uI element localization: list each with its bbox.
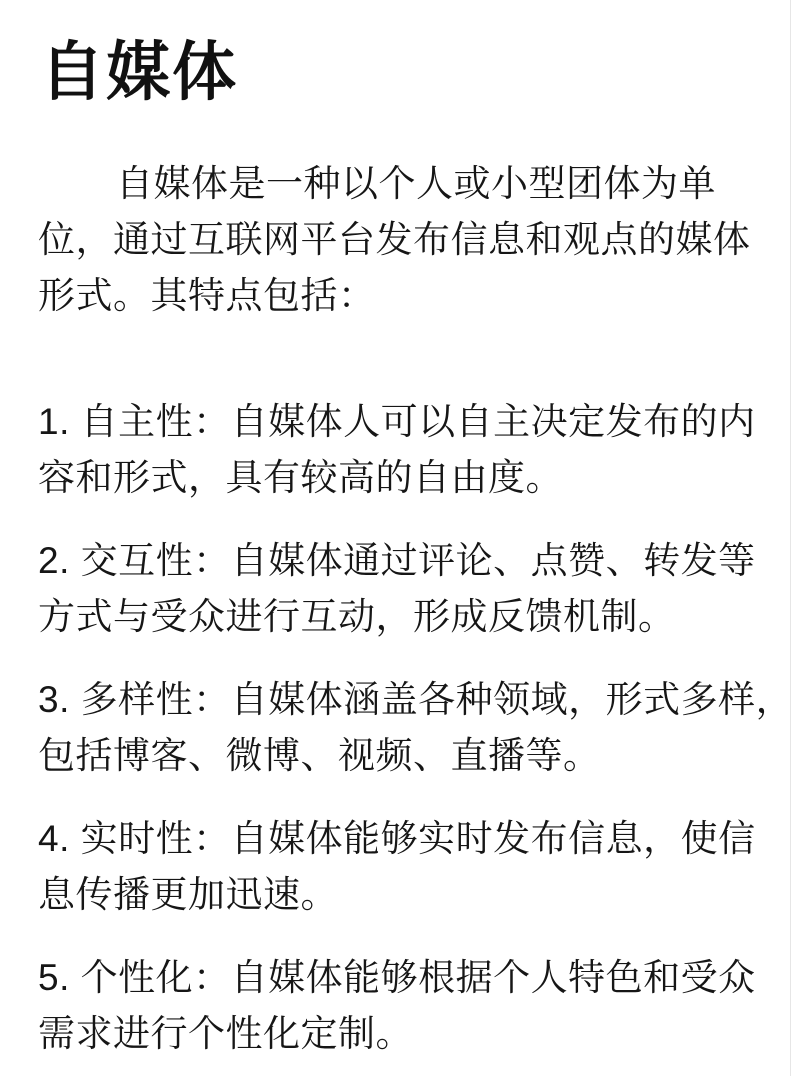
feature-item-diversity: 3. 多样性：自媒体涵盖各种领域，形式多样， 包括博客、微博、视频、直播等。 <box>38 672 780 784</box>
page-edge-line <box>790 0 791 1076</box>
feature-item-personalization: 5. 个性化：自媒体能够根据个人特色和受众 需求进行个性化定制。 <box>38 950 780 1062</box>
feature-item-realtime: 4. 实时性：自媒体能够实时发布信息，使信 息传播更加迅速。 <box>38 811 780 923</box>
feature-item-interactivity: 2. 交互性：自媒体通过评论、点赞、转发等 方式与受众进行互动，形成反馈机制。 <box>38 533 780 645</box>
document-page: 自媒体 自媒体是一种以个人或小型团体为单 位，通过互联网平台发布信息和观点的媒体… <box>0 0 800 1076</box>
feature-item-autonomy: 1. 自主性：自媒体人可以自主决定发布的内 容和形式，具有较高的自由度。 <box>38 394 780 506</box>
intro-paragraph: 自媒体是一种以个人或小型团体为单 位，通过互联网平台发布信息和观点的媒体 形式。… <box>38 156 780 324</box>
document-title: 自媒体 <box>40 36 780 110</box>
feature-list: 1. 自主性：自媒体人可以自主决定发布的内 容和形式，具有较高的自由度。 2. … <box>38 394 780 1062</box>
